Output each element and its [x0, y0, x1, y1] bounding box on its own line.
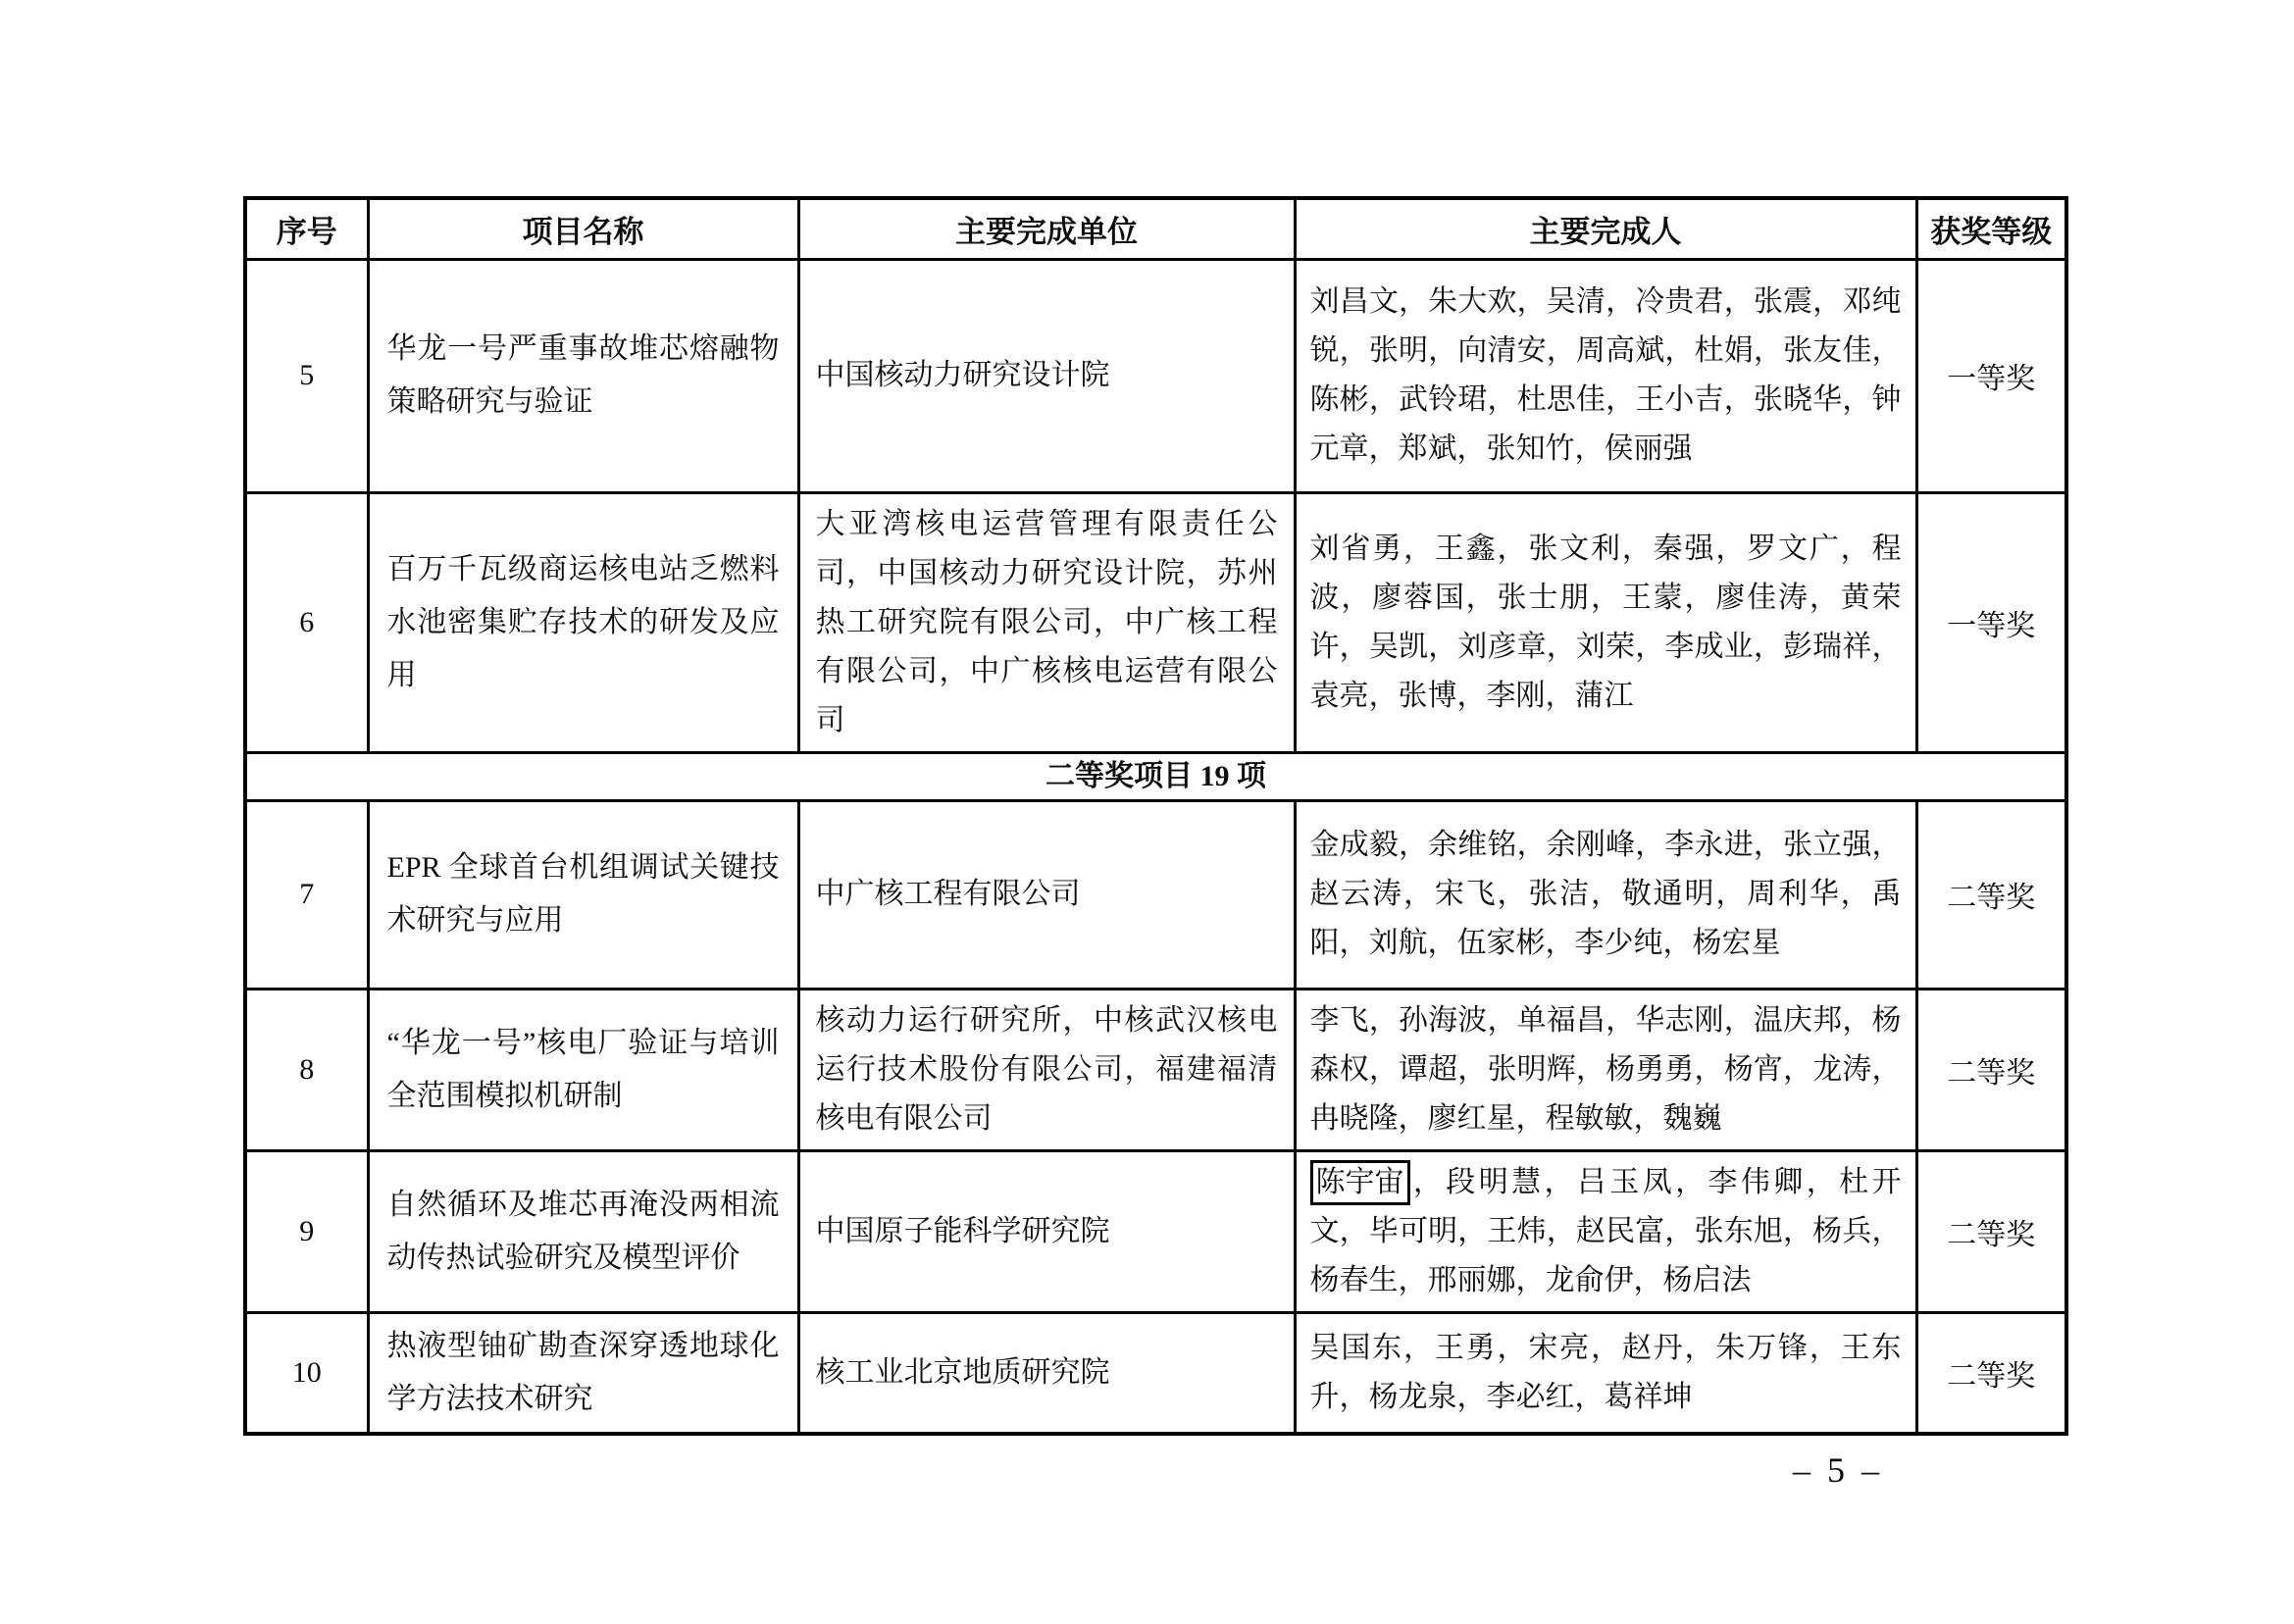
table-row: 10热液型铀矿勘查深穿透地球化学方法技术研究核工业北京地质研究院吴国东，王勇，宋…	[245, 1312, 2066, 1434]
people-text: 刘省勇，王鑫，张文利，秦强，罗文广，程波，廖蓉国，张士朋，王蒙，廖佳涛，黄荣许，…	[1310, 533, 1902, 712]
award-level: 二等奖	[1916, 800, 2066, 989]
header-people: 主要完成人	[1295, 198, 1916, 259]
header-award: 获奖等级	[1916, 198, 2066, 259]
project-name: 自然循环及堆芯再淹没两相流动传热试验研究及模型评价	[368, 1150, 798, 1312]
row-index: 8	[245, 989, 368, 1150]
completers-list: 陈宇宙，段明慧，吕玉凤，李伟卿，杜开文，毕可明，王炜，赵民富，张东旭，杨兵，杨春…	[1295, 1150, 1916, 1312]
table-row: 8“华龙一号”核电厂验证与培训全范围模拟机研制核动力运行研究所，中核武汉核电运行…	[245, 989, 2066, 1150]
completers-list: 刘昌文，朱大欢，吴清，冷贵君，张震，邓纯锐，张明，向清安，周高斌，杜娟，张友佳，…	[1295, 259, 1916, 492]
project-name: 热液型铀矿勘查深穿透地球化学方法技术研究	[368, 1312, 798, 1434]
people-text: 李飞，孙海波，单福昌，华志刚，温庆邦，杨森权，谭超，张明辉，杨勇勇，杨宵，龙涛，…	[1310, 1004, 1902, 1135]
project-name: EPR 全球首台机组调试关键技术研究与应用	[368, 800, 798, 989]
section-divider-row: 二等奖项目 19 项	[245, 752, 2066, 800]
table-row: 9自然循环及堆芯再淹没两相流动传热试验研究及模型评价中国原子能科学研究院陈宇宙，…	[245, 1150, 2066, 1312]
header-index: 序号	[245, 198, 368, 259]
section-divider-label: 二等奖项目 19 项	[245, 752, 2066, 800]
completing-units: 核动力运行研究所，中核武汉核电运行技术股份有限公司，福建福清核电有限公司	[798, 989, 1295, 1150]
document-page: 序号 项目名称 主要完成单位 主要完成人 获奖等级 5华龙一号严重事故堆芯熔融物…	[0, 0, 2294, 1624]
completing-units: 中国核动力研究设计院	[798, 259, 1295, 492]
project-name: 华龙一号严重事故堆芯熔融物策略研究与验证	[368, 259, 798, 492]
completing-units: 大亚湾核电运营管理有限责任公司，中国核动力研究设计院，苏州热工研究院有限公司，中…	[798, 492, 1295, 752]
award-level: 二等奖	[1916, 989, 2066, 1150]
completing-units: 中国原子能科学研究院	[798, 1150, 1295, 1312]
table-row: 7EPR 全球首台机组调试关键技术研究与应用中广核工程有限公司金成毅，余维铭，余…	[245, 800, 2066, 989]
header-project: 项目名称	[368, 198, 798, 259]
award-level: 一等奖	[1916, 492, 2066, 752]
page-number: – 5 –	[1793, 1449, 1883, 1491]
award-level: 一等奖	[1916, 259, 2066, 492]
people-text: 吴国东，王勇，宋亮，赵丹，朱万锋，王东升，杨龙泉，李必红，葛祥坤	[1310, 1332, 1902, 1413]
header-unit: 主要完成单位	[798, 198, 1295, 259]
row-index: 6	[245, 492, 368, 752]
awards-table: 序号 项目名称 主要完成单位 主要完成人 获奖等级 5华龙一号严重事故堆芯熔融物…	[243, 196, 2068, 1436]
completers-list: 金成毅，余维铭，余刚峰，李永进，张立强，赵云涛，宋飞，张洁，敬通明，周利华，禹阳…	[1295, 800, 1916, 989]
row-index: 9	[245, 1150, 368, 1312]
table-row: 6百万千瓦级商运核电站乏燃料水池密集贮存技术的研发及应用大亚湾核电运营管理有限责…	[245, 492, 2066, 752]
award-level: 二等奖	[1916, 1150, 2066, 1312]
completers-list: 李飞，孙海波，单福昌，华志刚，温庆邦，杨森权，谭超，张明辉，杨勇勇，杨宵，龙涛，…	[1295, 989, 1916, 1150]
row-index: 10	[245, 1312, 368, 1434]
project-name: 百万千瓦级商运核电站乏燃料水池密集贮存技术的研发及应用	[368, 492, 798, 752]
row-index: 7	[245, 800, 368, 989]
completers-list: 吴国东，王勇，宋亮，赵丹，朱万锋，王东升，杨龙泉，李必红，葛祥坤	[1295, 1312, 1916, 1434]
project-name: “华龙一号”核电厂验证与培训全范围模拟机研制	[368, 989, 798, 1150]
people-text: 金成毅，余维铭，余刚峰，李永进，张立强，赵云涛，宋飞，张洁，敬通明，周利华，禹阳…	[1310, 829, 1902, 959]
people-text: 刘昌文，朱大欢，吴清，冷贵君，张震，邓纯锐，张明，向清安，周高斌，杜娟，张友佳，…	[1310, 285, 1902, 465]
boxed-name: 陈宇宙	[1310, 1160, 1410, 1205]
completing-units: 中广核工程有限公司	[798, 800, 1295, 989]
award-level: 二等奖	[1916, 1312, 2066, 1434]
completing-units: 核工业北京地质研究院	[798, 1312, 1295, 1434]
completers-list: 刘省勇，王鑫，张文利，秦强，罗文广，程波，廖蓉国，张士朋，王蒙，廖佳涛，黄荣许，…	[1295, 492, 1916, 752]
table-header-row: 序号 项目名称 主要完成单位 主要完成人 获奖等级	[245, 198, 2066, 259]
table-row: 5华龙一号严重事故堆芯熔融物策略研究与验证中国核动力研究设计院刘昌文，朱大欢，吴…	[245, 259, 2066, 492]
row-index: 5	[245, 259, 368, 492]
